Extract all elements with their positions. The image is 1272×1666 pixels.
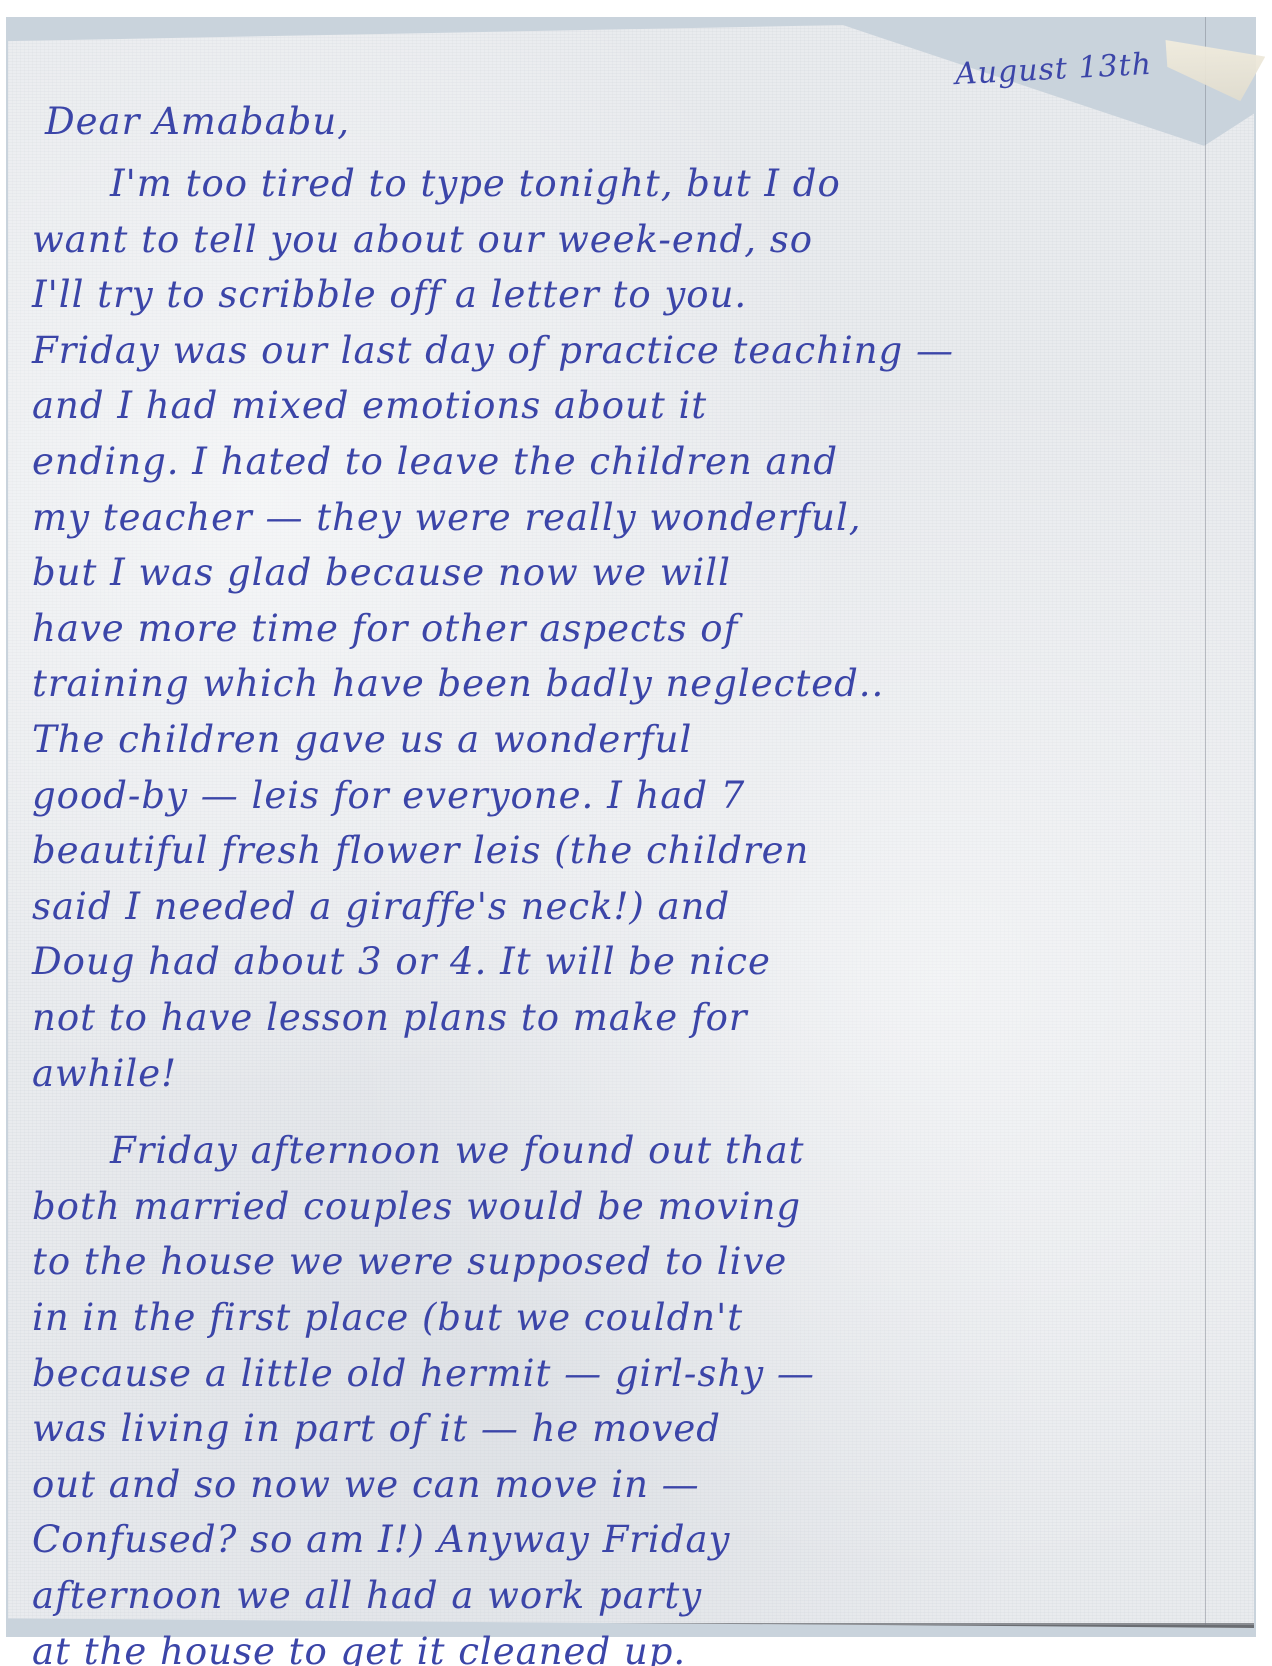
letter-line: ending. I hated to leave the children an… bbox=[32, 440, 838, 483]
letter-line: my teacher — they were really wonderful, bbox=[32, 496, 862, 539]
letter-line: I'm too tired to type tonight, but I do bbox=[110, 162, 841, 205]
letter-line: not to have lesson plans to make for bbox=[32, 996, 748, 1039]
letter-line: was living in part of it — he moved bbox=[32, 1407, 721, 1450]
letter-line: have more time for other aspects of bbox=[32, 607, 738, 650]
letter-line: training which have been badly neglected… bbox=[32, 662, 884, 705]
letter-line: to the house we were supposed to live bbox=[32, 1240, 787, 1283]
letter-line: said I needed a giraffe's neck!) and bbox=[32, 885, 730, 928]
letter-line: awhile! bbox=[32, 1052, 177, 1095]
letter-date: August 13th bbox=[954, 47, 1153, 92]
letter-line: The children gave us a wonderful bbox=[32, 718, 692, 761]
letter-line: want to tell you about our week-end, so bbox=[32, 218, 813, 261]
letter-line: Doug had about 3 or 4. It will be nice bbox=[32, 940, 771, 983]
letter-line: afternoon we all had a work party bbox=[32, 1574, 702, 1617]
letter-salutation: Dear Amababu, bbox=[45, 100, 350, 143]
letter-line: because a little old hermit — girl-shy — bbox=[32, 1352, 815, 1395]
letter-line: beautiful fresh flower leis (the childre… bbox=[32, 829, 809, 872]
letter-line: out and so now we can move in — bbox=[32, 1463, 700, 1506]
letter-line: Confused? so am I!) Anyway Friday bbox=[32, 1518, 730, 1561]
letter-line: and I had mixed emotions about it bbox=[32, 384, 707, 427]
letter-line: both married couples would be moving bbox=[32, 1185, 801, 1228]
letter-line: in in the first place (but we couldn't bbox=[32, 1296, 743, 1339]
letter-line: good-by — leis for everyone. I had 7 bbox=[32, 774, 745, 817]
letter-line: but I was glad because now we will bbox=[32, 551, 731, 594]
letter-line: at the house to get it cleaned up. bbox=[32, 1630, 686, 1666]
handwritten-letter: August 13th Dear Amababu, I'm too tired … bbox=[0, 0, 1272, 1666]
letter-line: I'll try to scribble off a letter to you… bbox=[32, 273, 747, 316]
letter-line: Friday was our last day of practice teac… bbox=[32, 329, 954, 372]
letter-line: Friday afternoon we found out that bbox=[110, 1129, 805, 1172]
